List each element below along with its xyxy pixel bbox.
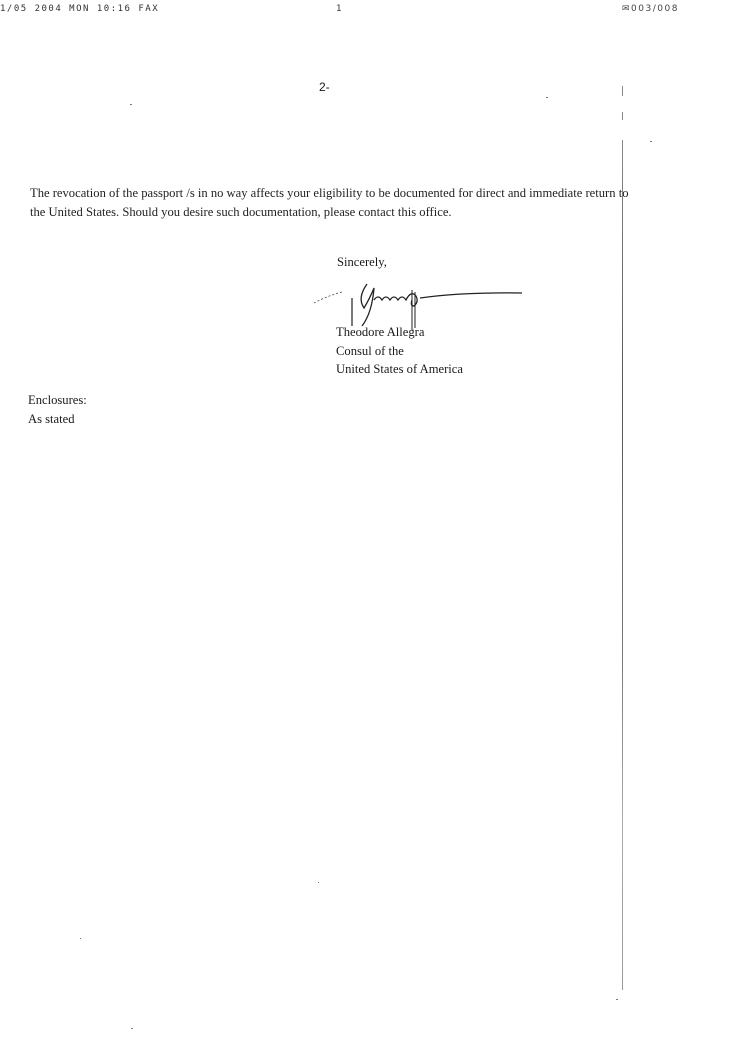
scan-speck [650, 141, 652, 142]
fax-page-number: 1 [336, 4, 343, 14]
enclosures-value: As stated [28, 410, 87, 429]
signer-block: Theodore Allegra Consul of the United St… [336, 323, 463, 379]
body-paragraph: The revocation of the passport /s in no … [30, 184, 630, 222]
page-number: 2- [319, 80, 330, 94]
scan-border-line [622, 140, 623, 990]
signer-title-line1: Consul of the [336, 342, 463, 361]
fax-timestamp: 1/05 2004 MON 10:16 FAX [0, 4, 159, 14]
scan-speck [318, 882, 319, 883]
enclosures-label: Enclosures: [28, 391, 87, 410]
scan-border-tick [622, 86, 623, 96]
closing: Sincerely, [337, 255, 387, 270]
signer-name: Theodore Allegra [336, 323, 463, 342]
fax-header: 1/05 2004 MON 10:16 FAX 1 ✉003/008 [0, 4, 744, 18]
scan-speck [130, 104, 132, 105]
fax-page-count: ✉003/008 [622, 4, 679, 14]
scan-speck [546, 97, 548, 98]
scan-speck [131, 1028, 133, 1029]
scan-speck [80, 938, 81, 939]
scan-border-tick [622, 112, 623, 120]
scan-speck [616, 999, 618, 1000]
enclosures-block: Enclosures: As stated [28, 391, 87, 428]
signer-title-line2: United States of America [336, 360, 463, 379]
